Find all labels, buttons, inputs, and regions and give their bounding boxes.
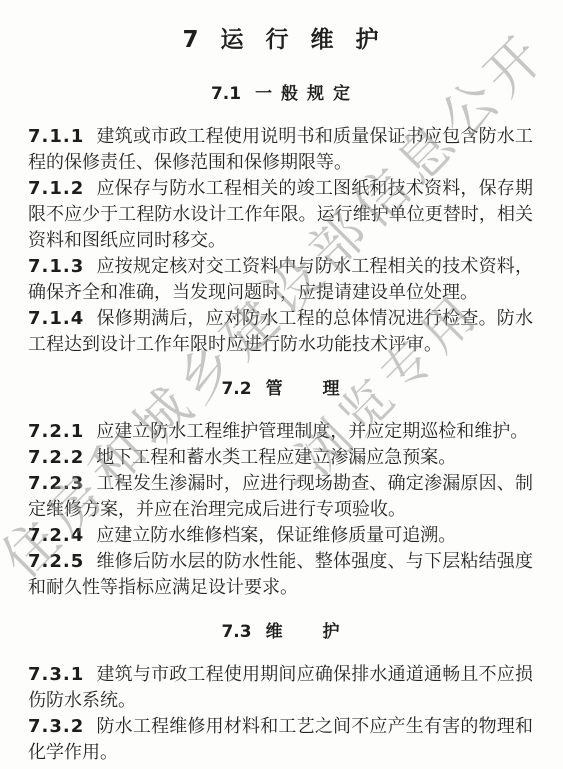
chapter-title-text: 运行维护 bbox=[221, 27, 401, 53]
clause-number: 7.2.4 bbox=[28, 525, 84, 546]
clause-number: 7.1.3 bbox=[28, 256, 84, 277]
clause-text: 应建立防水维修档案，保证维修质量可追溯。 bbox=[96, 525, 456, 546]
clause-7-2-3: 7.2.3工程发生渗漏时，应进行现场勘查、确定渗漏原因、制定维修方案，并应在治理… bbox=[28, 471, 533, 523]
section-title: 维护 bbox=[266, 622, 380, 642]
clause-text: 建筑或市政工程使用说明书和质量保证书应包含防水工程的保修责任、保修范围和保修期限… bbox=[28, 126, 533, 173]
clause-text: 工程发生渗漏时，应进行现场勘查、确定渗漏原因、制定维修方案，并应在治理完成后进行… bbox=[28, 473, 533, 520]
clause-text: 应按规定核对交工资料中与防水工程相关的技术资料，确保齐全和准确，当发现问题时，应… bbox=[28, 256, 533, 303]
section-7-3: 7.3维护 7.3.1建筑与市政工程使用期间应确保排水通道通畅且不应损伤防水系统… bbox=[28, 622, 533, 766]
clause-text: 保修期满后，应对防水工程的总体情况进行检查。防水工程达到设计工作年限时应进行防水… bbox=[28, 308, 533, 355]
clause-7-2-1: 7.2.1应建立防水工程维护管理制度，并应定期巡检和维护。 bbox=[28, 419, 533, 445]
clause-number: 7.1.1 bbox=[28, 126, 84, 147]
section-number: 7.3 bbox=[221, 622, 251, 642]
section-number: 7.1 bbox=[211, 84, 241, 104]
clause-text: 应保存与防水工程相关的竣工图纸和技术资料，保存期限不应少于工程防水设计工作年限。… bbox=[28, 178, 533, 251]
chapter-number: 7 bbox=[182, 27, 198, 53]
clause-text: 应建立防水工程维护管理制度，并应定期巡检和维护。 bbox=[96, 421, 528, 442]
chapter-title: 7运行维护 bbox=[28, 26, 533, 54]
section-title: 管理 bbox=[266, 379, 380, 399]
clause-7-3-1: 7.3.1建筑与市政工程使用期间应确保排水通道通畅且不应损伤防水系统。 bbox=[28, 662, 533, 714]
clause-number: 7.1.2 bbox=[28, 178, 84, 199]
clause-number: 7.1.4 bbox=[28, 308, 84, 329]
clause-7-2-4: 7.2.4应建立防水维修档案，保证维修质量可追溯。 bbox=[28, 523, 533, 549]
clause-7-2-2: 7.2.2地下工程和蓄水类工程应建立渗漏应急预案。 bbox=[28, 445, 533, 471]
clause-number: 7.3.2 bbox=[28, 716, 84, 737]
clause-7-2-5: 7.2.5维修后防水层的防水性能、整体强度、与下层粘结强度和耐久性等指标应满足设… bbox=[28, 549, 533, 601]
clause-7-1-1: 7.1.1建筑或市政工程使用说明书和质量保证书应包含防水工程的保修责任、保修范围… bbox=[28, 124, 533, 176]
clause-7-3-2: 7.3.2防水工程维修用材料和工艺之间不应产生有害的物理和化学作用。 bbox=[28, 714, 533, 766]
clause-number: 7.2.5 bbox=[28, 551, 84, 572]
clause-text: 维修后防水层的防水性能、整体强度、与下层粘结强度和耐久性等指标应满足设计要求。 bbox=[28, 551, 533, 598]
clause-number: 7.2.3 bbox=[28, 473, 84, 494]
clause-7-1-4: 7.1.4保修期满后，应对防水工程的总体情况进行检查。防水工程达到设计工作年限时… bbox=[28, 306, 533, 358]
section-number: 7.2 bbox=[221, 379, 251, 399]
section-title: 一般规定 bbox=[255, 84, 359, 104]
clause-number: 7.3.1 bbox=[28, 664, 84, 685]
clause-text: 防水工程维修用材料和工艺之间不应产生有害的物理和化学作用。 bbox=[28, 716, 533, 763]
section-heading-7-1: 7.1一般规定 bbox=[28, 84, 533, 104]
section-7-1: 7.1一般规定 7.1.1建筑或市政工程使用说明书和质量保证书应包含防水工程的保… bbox=[28, 84, 533, 358]
clause-number: 7.2.2 bbox=[28, 447, 84, 468]
section-7-2: 7.2管理 7.2.1应建立防水工程维护管理制度，并应定期巡检和维护。 7.2.… bbox=[28, 379, 533, 601]
clause-7-1-3: 7.1.3应按规定核对交工资料中与防水工程相关的技术资料，确保齐全和准确，当发现… bbox=[28, 254, 533, 306]
section-heading-7-2: 7.2管理 bbox=[28, 379, 533, 399]
clause-7-1-2: 7.1.2应保存与防水工程相关的竣工图纸和技术资料，保存期限不应少于工程防水设计… bbox=[28, 176, 533, 254]
document-page: 7运行维护 7.1一般规定 7.1.1建筑或市政工程使用说明书和质量保证书应包含… bbox=[0, 0, 563, 769]
page-content: 7运行维护 7.1一般规定 7.1.1建筑或市政工程使用说明书和质量保证书应包含… bbox=[28, 0, 533, 766]
clause-number: 7.2.1 bbox=[28, 421, 84, 442]
clause-text: 地下工程和蓄水类工程应建立渗漏应急预案。 bbox=[96, 447, 456, 468]
clause-text: 建筑与市政工程使用期间应确保排水通道通畅且不应损伤防水系统。 bbox=[28, 664, 533, 711]
section-heading-7-3: 7.3维护 bbox=[28, 622, 533, 642]
